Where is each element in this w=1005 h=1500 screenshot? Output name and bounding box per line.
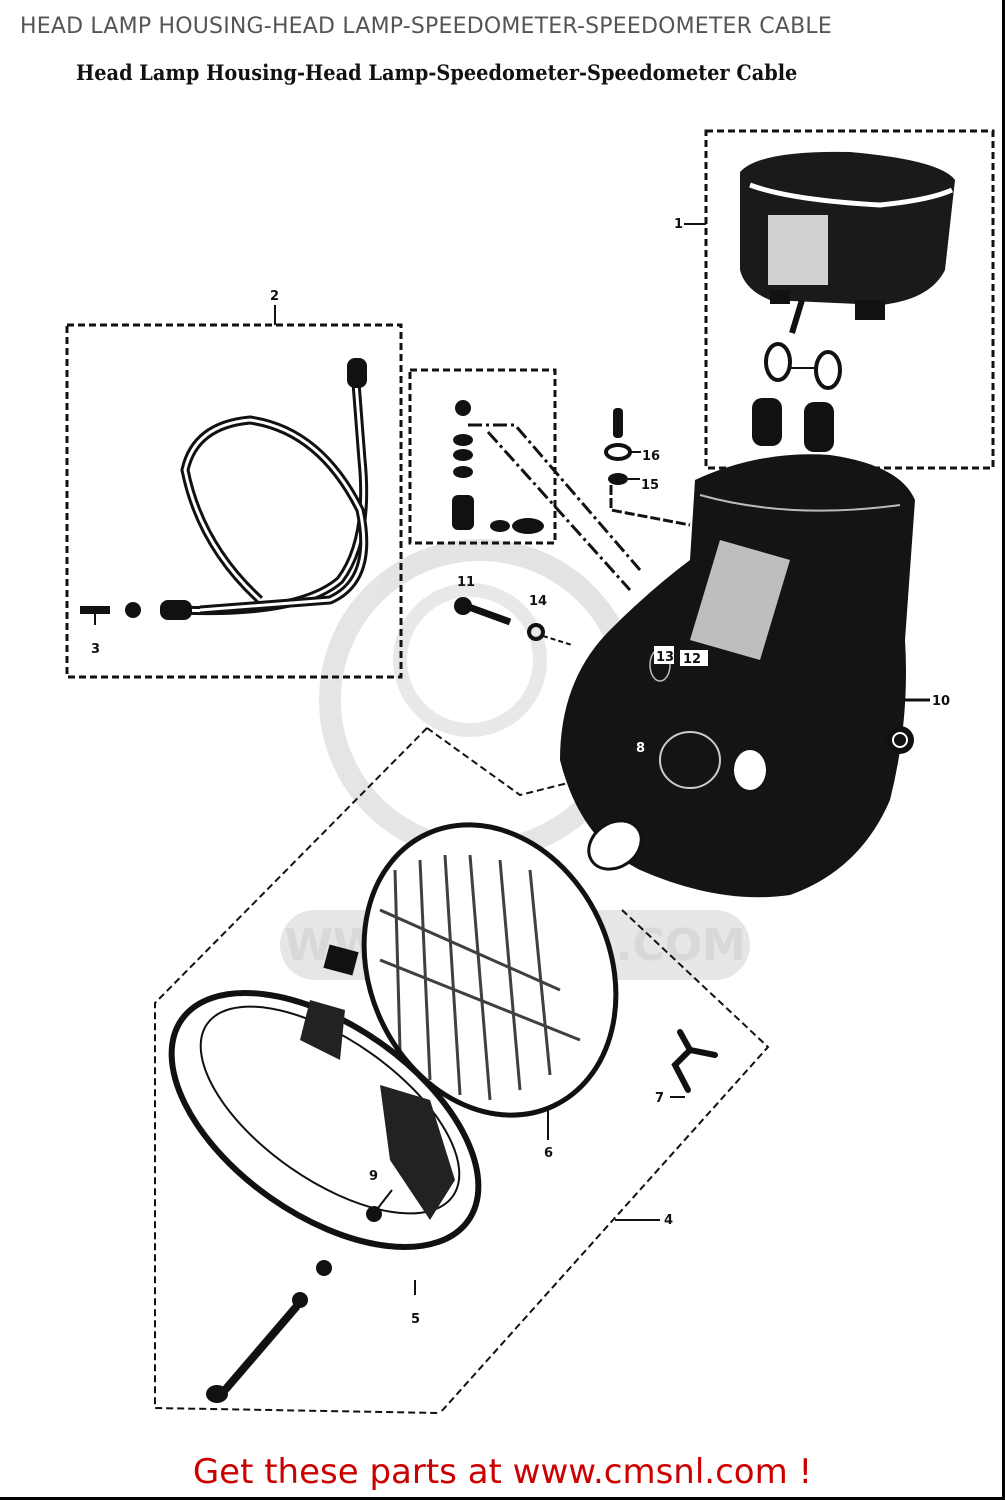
exploded-parts-diagram: WWW.CMSNL.COM — [0, 0, 1005, 1500]
callout-3: 3 — [91, 642, 100, 657]
callout-16: 16 — [642, 449, 660, 464]
cmsnl-shop-link[interactable]: Get these parts at www.cmsnl.com ! — [0, 1452, 1005, 1492]
callout-15: 15 — [641, 478, 659, 493]
callout-9: 9 — [369, 1169, 378, 1184]
callout-11: 11 — [457, 575, 475, 590]
callout-10: 10 — [932, 694, 950, 709]
speedometer-group — [706, 131, 993, 468]
spring-clip — [670, 1032, 715, 1097]
grommet-washer-parts — [606, 408, 690, 525]
callout-13: 13 — [656, 650, 674, 665]
callout-4: 4 — [664, 1213, 673, 1228]
callout-8: 8 — [636, 741, 645, 756]
callout-7: 7 — [655, 1091, 664, 1106]
callout-6: 6 — [544, 1146, 553, 1161]
callout-1: 1 — [674, 217, 683, 232]
callout-14: 14 — [529, 594, 547, 609]
callout-12: 12 — [683, 652, 701, 667]
callout-5: 5 — [411, 1312, 420, 1327]
callout-2: 2 — [270, 289, 279, 304]
